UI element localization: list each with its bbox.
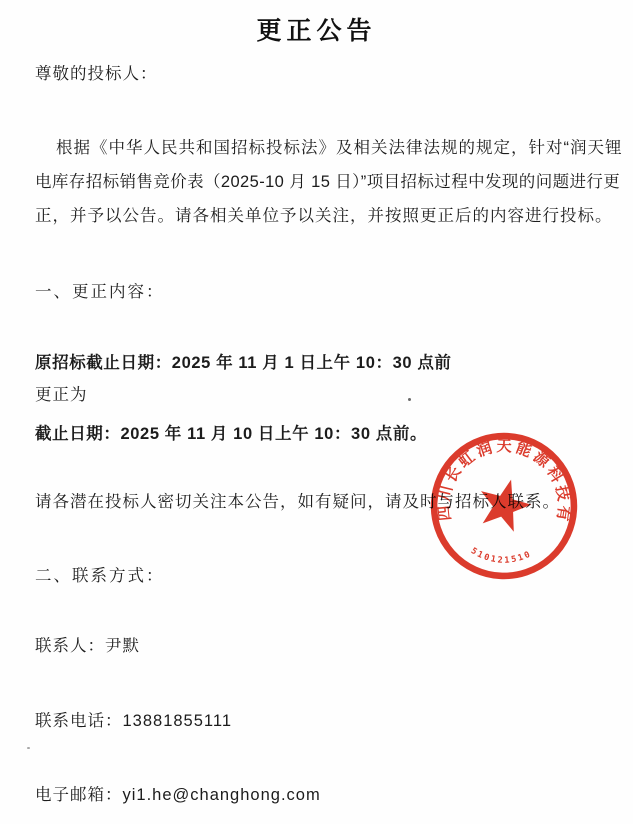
scan-noise-dot [27,747,30,749]
intro-line-3: 正，并予以公告。请各相关单位予以关注，并按照更正后的内容进行投标。 [35,205,613,227]
announcement-page: 更正公告 尊敬的投标人： 根据《中华人民共和国招标投标法》及相关法律法规的规定，… [0,0,633,824]
seal-company-text: 四川长虹润天能源科技有限公司 [428,430,578,529]
new-deadline: 截止日期：2025 年 11 月 10 日上午 10：30 点前。 [35,423,427,445]
contact-phone: 联系电话：13881855111 [35,710,232,732]
intro-line-1: 根据《中华人民共和国招标投标法》及相关法律法规的规定，针对“润天锂 [56,137,623,159]
salutation: 尊敬的投标人： [35,63,158,85]
section1-heading: 一、更正内容： [35,281,165,303]
scan-noise-dot [408,398,411,401]
contact-person: 联系人：尹默 [35,635,140,657]
page-title: 更正公告 [0,11,633,47]
contact-email: 电子邮箱：yi1.he@changhong.com [35,784,321,806]
intro-line-2: 电库存招标销售竞价表（2025-10 月 15 日）”项目招标过程中发现的问题进… [35,171,620,193]
notice-line: 请各潜在投标人密切关注本公告，如有疑问，请及时与招标人联系。 [35,491,560,513]
section2-heading: 二、联系方式： [35,565,165,587]
change-label: 更正为 [35,384,88,406]
original-deadline: 原招标截止日期：2025 年 11 月 1 日上午 10：30 点前 [35,352,452,374]
